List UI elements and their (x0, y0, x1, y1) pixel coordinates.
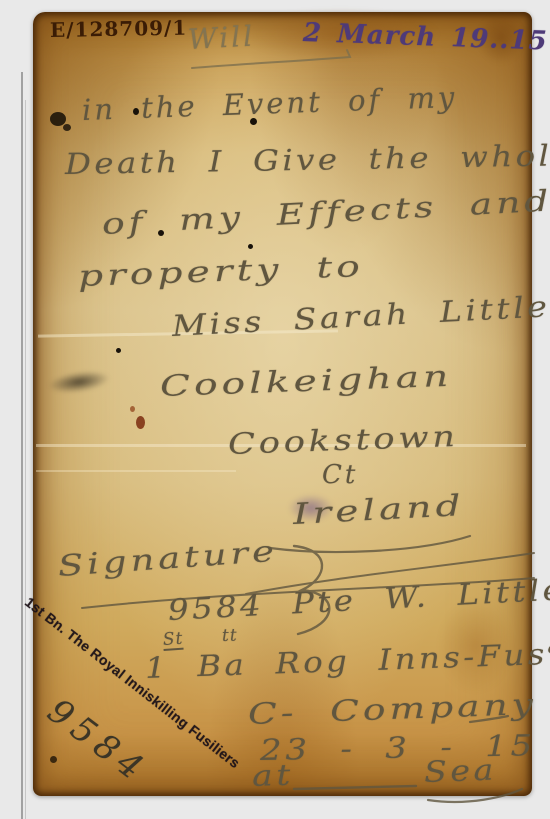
address-line: Ireland (292, 491, 465, 529)
facing-page-edge-line (25, 100, 26, 819)
correction-mark: tt (222, 627, 238, 645)
facing-page-edge-line (21, 72, 23, 819)
will-body-line: Death I Give the whole (65, 141, 550, 179)
address-line: Ct (322, 462, 358, 488)
location-place: Sea (423, 755, 497, 787)
correction-mark: St (162, 631, 184, 651)
archive-reference-number: E/128709/1 (50, 18, 188, 40)
scanned-document-page: E/128709/1 Will 2 March 19..15 in the Ev… (0, 0, 550, 819)
address-line: Cookstown (227, 422, 459, 459)
will-title: Will (187, 23, 256, 54)
service-number: 9584 (167, 588, 265, 627)
location-prefix: at (251, 761, 294, 791)
